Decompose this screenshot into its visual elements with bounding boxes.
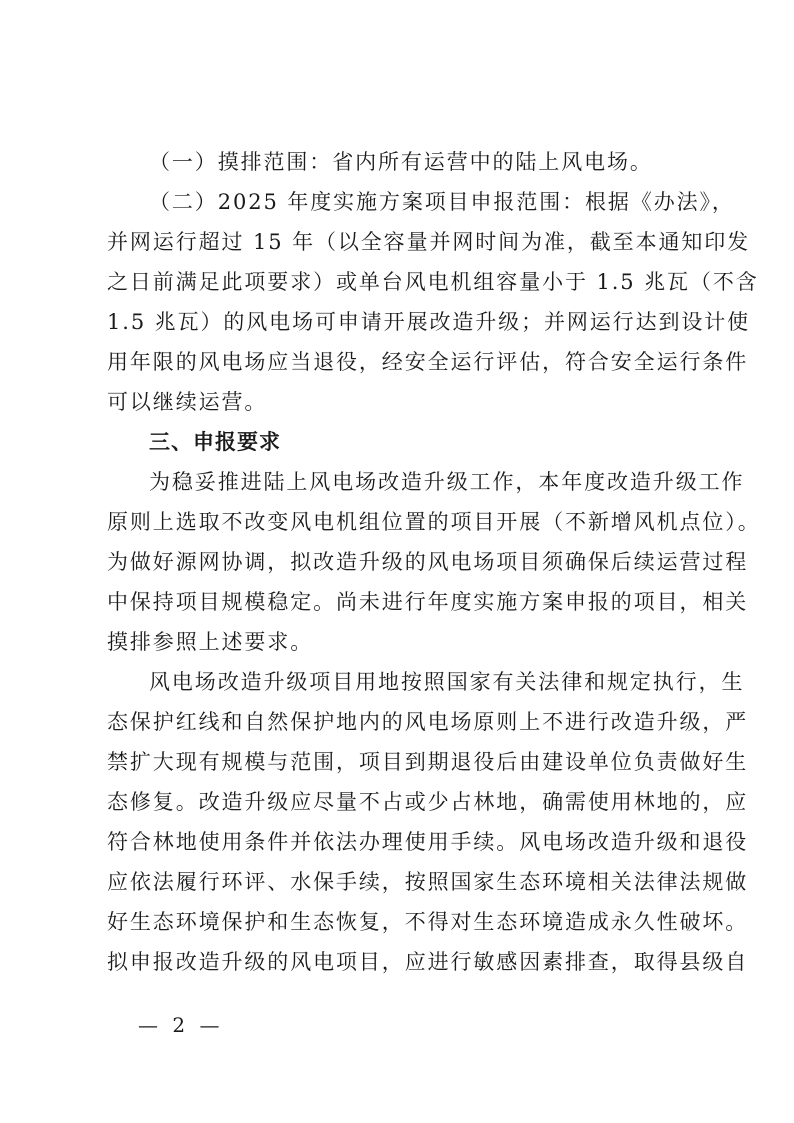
text-line: 中保持项目规模稳定。尚未进行年度实施方案申报的项目，相关 [107,587,691,617]
document-page: （一）摸排范围：省内所有运营中的陆上风电场。 （二）2025 年度实施方案项目申… [0,0,794,1123]
paragraph-start: 为稳妥推进陆上风电场改造升级工作，本年度改造升级工作 [149,467,733,497]
text-line: 用年限的风电场应当退役，经安全运行评估，符合安全运行条件 [107,347,691,377]
page-number: — 2 — [138,1013,223,1037]
paragraph-scope-1: （一）摸排范围：省内所有运营中的陆上风电场。 [149,147,733,177]
text-line: 原则上选取不改变风电机组位置的项目开展（不新增风机点位）。 [107,507,691,537]
text-line: 拟申报改造升级的风电项目，应进行敏感因素排查，取得县级自 [107,947,691,977]
paragraph-start: 风电场改造升级项目用地按照国家有关法律和规定执行，生 [149,667,733,697]
text-line: 应依法履行环评、水保手续，按照国家生态环境相关法律法规做 [107,867,691,897]
text-line: 之日前满足此项要求）或单台风电机组容量小于 1.5 兆瓦（不含 [107,267,691,297]
text-line: 为做好源网协调，拟改造升级的风电场项目须确保后续运营过程 [107,547,691,577]
text-line: 好生态环境保护和生态恢复，不得对生态环境造成永久性破坏。 [107,907,691,937]
text-line: 并网运行超过 15 年（以全容量并网时间为准，截至本通知印发 [107,227,691,257]
text-line: 态修复。改造升级应尽量不占或少占林地，确需使用林地的，应 [107,787,691,817]
text-line: 摸排参照上述要求。 [107,627,691,657]
text-line: 禁扩大现有规模与范围，项目到期退役后由建设单位负责做好生 [107,747,691,777]
text-line: 可以继续运营。 [107,387,691,417]
text-line: 态保护红线和自然保护地内的风电场原则上不进行改造升级，严 [107,707,691,737]
section-heading: 三、申报要求 [149,427,733,457]
text-line: 1.5 兆瓦）的风电场可申请开展改造升级；并网运行达到设计使 [107,307,691,337]
text-line: 符合林地使用条件并依法办理使用手续。风电场改造升级和退役 [107,827,691,857]
paragraph-scope-2: （二）2025 年度实施方案项目申报范围：根据《办法》， [149,187,733,217]
